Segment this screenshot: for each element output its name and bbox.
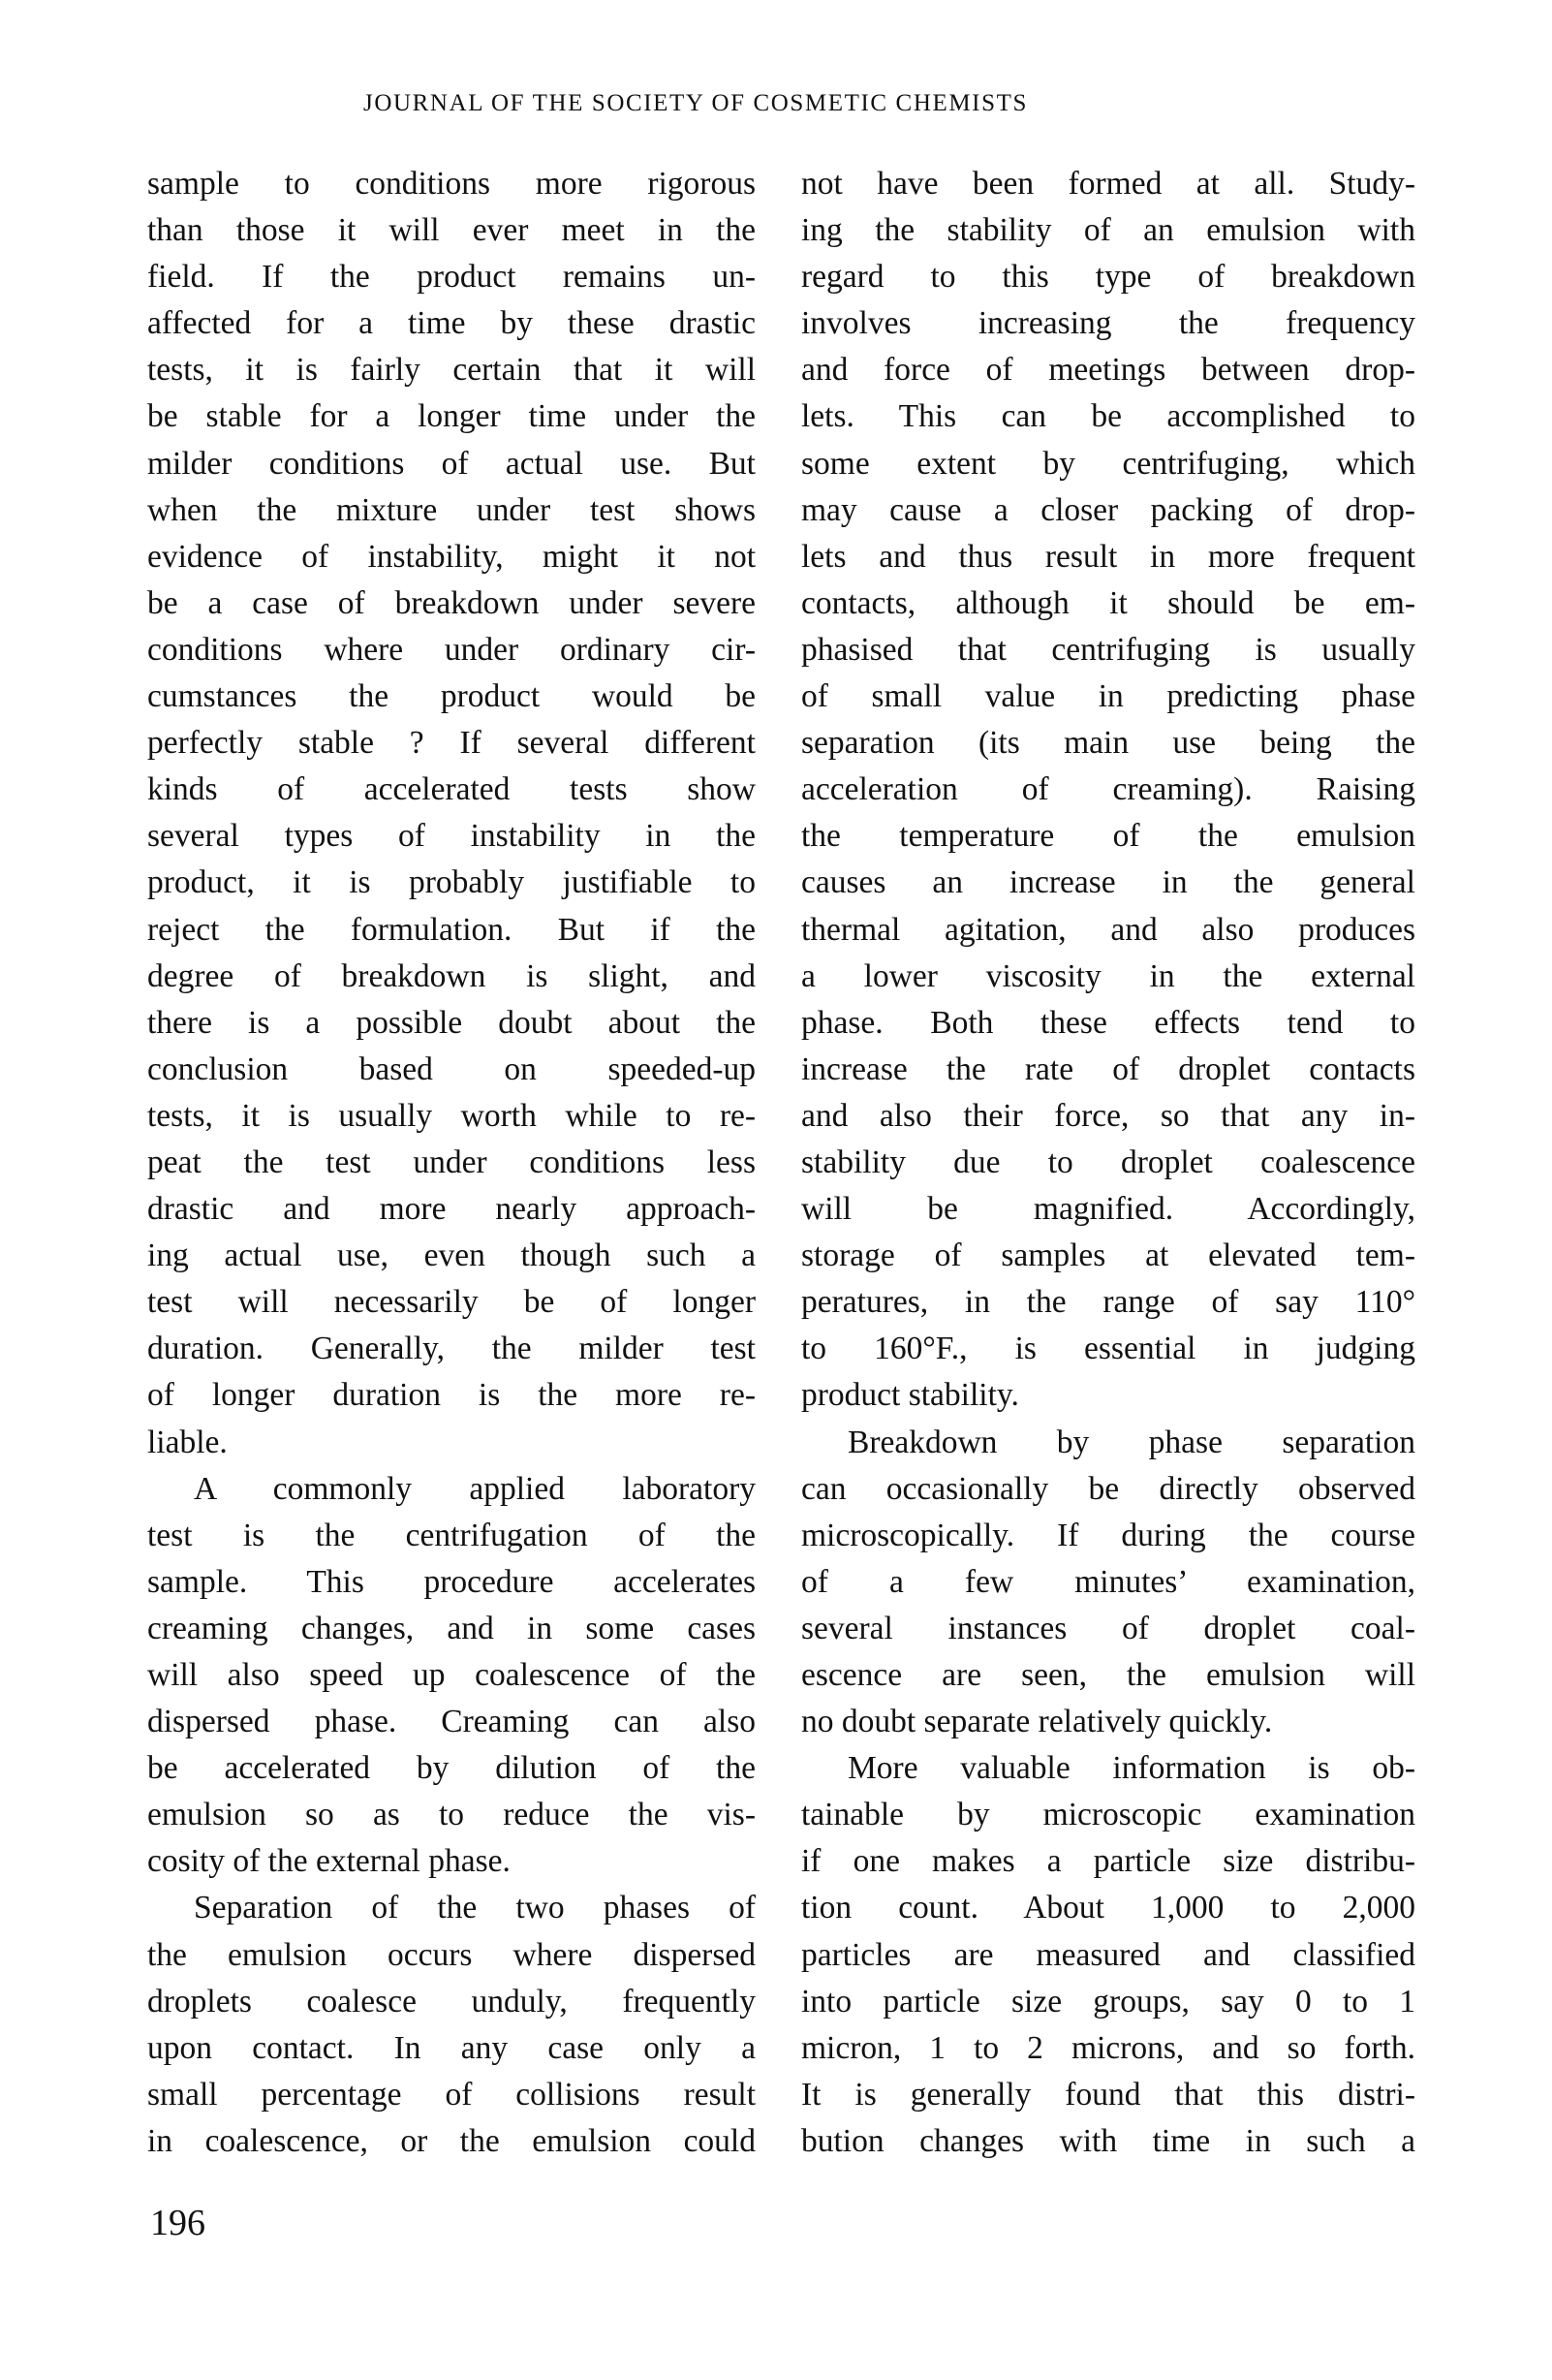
text-line: several instances of droplet coal- — [801, 1606, 1415, 1652]
text-line: small percentage of collisions result — [147, 2072, 756, 2118]
text-line: be accelerated by dilution of the — [147, 1745, 756, 1792]
text-line: stability due to droplet coalescence — [801, 1140, 1415, 1186]
text-line: cumstances the product would be — [147, 673, 756, 720]
text-line: when the mixture under test shows — [147, 487, 756, 534]
text-line: phasised that centrifuging is usually — [801, 627, 1415, 673]
text-line: tests, it is usually worth while to re- — [147, 1093, 756, 1140]
text-line: ing the stability of an emulsion with — [801, 207, 1415, 254]
text-line: not have been formed at all. Study- — [801, 161, 1415, 207]
text-line: kinds of accelerated tests show — [147, 767, 756, 813]
right-column: not have been formed at all. Study-ing t… — [801, 161, 1415, 2165]
text-line: test will necessarily be of longer — [147, 1279, 756, 1326]
text-line: contacts, although it should be em- — [801, 580, 1415, 627]
running-head: JOURNAL OF THE SOCIETY OF COSMETIC CHEMI… — [363, 90, 1196, 117]
text-line: test is the centrifugation of the — [147, 1513, 756, 1559]
text-line: peat the test under conditions less — [147, 1140, 756, 1186]
text-line: some extent by centrifuging, which — [801, 441, 1415, 487]
text-line: several types of instability in the — [147, 813, 756, 860]
text-line: may cause a closer packing of drop- — [801, 487, 1415, 534]
text-line: drastic and more nearly approach- — [147, 1186, 756, 1233]
text-line: milder conditions of actual use. But — [147, 441, 756, 487]
text-line: no doubt separate relatively quickly. — [801, 1699, 1415, 1745]
text-line: field. If the product remains un- — [147, 254, 756, 300]
text-line: increase the rate of droplet contacts — [801, 1047, 1415, 1093]
left-column: sample to conditions more rigorousthan t… — [147, 161, 756, 2165]
text-line: sample to conditions more rigorous — [147, 161, 756, 207]
text-line: duration. Generally, the milder test — [147, 1326, 756, 1372]
text-line: A commonly applied laboratory — [147, 1466, 756, 1513]
text-line: tests, it is fairly certain that it will — [147, 347, 756, 393]
text-line: storage of samples at elevated tem- — [801, 1233, 1415, 1279]
text-line: separation (its main use being the — [801, 720, 1415, 767]
text-line: Breakdown by phase separation — [801, 1420, 1415, 1466]
text-line: tainable by microscopic examination — [801, 1792, 1415, 1838]
text-line: droplets coalesce unduly, frequently — [147, 1979, 756, 2025]
text-line: involves increasing the frequency — [801, 300, 1415, 347]
text-line: be a case of breakdown under severe — [147, 580, 756, 627]
text-line: perfectly stable ? If several different — [147, 720, 756, 767]
text-line: reject the formulation. But if the — [147, 907, 756, 954]
text-line: More valuable information is ob- — [801, 1745, 1415, 1792]
text-line: affected for a time by these drastic — [147, 300, 756, 347]
text-line: bution changes with time in such a — [801, 2118, 1415, 2165]
text-line: emulsion so as to reduce the vis- — [147, 1792, 756, 1838]
text-line: thermal agitation, and also produces — [801, 907, 1415, 954]
text-line: liable. — [147, 1420, 756, 1466]
text-line: micron, 1 to 2 microns, and so forth. — [801, 2025, 1415, 2072]
text-line: acceleration of creaming). Raising — [801, 767, 1415, 813]
text-line: of small value in predicting phase — [801, 673, 1415, 720]
text-line: degree of breakdown is slight, and — [147, 954, 756, 1000]
text-line: than those it will ever meet in the — [147, 207, 756, 254]
text-line: particles are measured and classified — [801, 1932, 1415, 1979]
text-line: the emulsion occurs where dispersed — [147, 1932, 756, 1979]
text-line: sample. This procedure accelerates — [147, 1559, 756, 1606]
text-line: conditions where under ordinary cir- — [147, 627, 756, 673]
text-line: creaming changes, and in some cases — [147, 1606, 756, 1652]
text-line: peratures, in the range of say 110° — [801, 1279, 1415, 1326]
text-line: dispersed phase. Creaming can also — [147, 1699, 756, 1745]
text-line: will be magnified. Accordingly, — [801, 1186, 1415, 1233]
text-line: and also their force, so that any in- — [801, 1093, 1415, 1140]
text-line: cosity of the external phase. — [147, 1838, 756, 1885]
text-line: upon contact. In any case only a — [147, 2025, 756, 2072]
text-line: ing actual use, even though such a — [147, 1233, 756, 1279]
text-line: evidence of instability, might it not — [147, 534, 756, 580]
text-line: regard to this type of breakdown — [801, 254, 1415, 300]
text-line: conclusion based on speeded-up — [147, 1047, 756, 1093]
text-line: to 160°F., is essential in judging — [801, 1326, 1415, 1372]
text-line: the temperature of the emulsion — [801, 813, 1415, 860]
text-line: product stability. — [801, 1372, 1415, 1419]
text-line: if one makes a particle size distribu- — [801, 1838, 1415, 1885]
text-line: will also speed up coalescence of the — [147, 1652, 756, 1699]
text-line: lets and thus result in more frequent — [801, 534, 1415, 580]
text-line: tion count. About 1,000 to 2,000 — [801, 1885, 1415, 1931]
text-line: of a few minutes’ examination, — [801, 1559, 1415, 1606]
text-line: be stable for a longer time under the — [147, 393, 756, 440]
text-line: product, it is probably justifiable to — [147, 860, 756, 906]
text-line: and force of meetings between drop- — [801, 347, 1415, 393]
text-line: into particle size groups, say 0 to 1 — [801, 1979, 1415, 2025]
text-line: It is generally found that this distri- — [801, 2072, 1415, 2118]
text-line: phase. Both these effects tend to — [801, 1000, 1415, 1047]
text-line: lets. This can be accomplished to — [801, 393, 1415, 440]
text-line: causes an increase in the general — [801, 860, 1415, 906]
text-line: of longer duration is the more re- — [147, 1372, 756, 1419]
text-line: can occasionally be directly observed — [801, 1466, 1415, 1513]
text-line: a lower viscosity in the external — [801, 954, 1415, 1000]
text-line: escence are seen, the emulsion will — [801, 1652, 1415, 1699]
text-line: there is a possible doubt about the — [147, 1000, 756, 1047]
text-line: microscopically. If during the course — [801, 1513, 1415, 1559]
page-number: 196 — [150, 2202, 205, 2244]
text-line: Separation of the two phases of — [147, 1885, 756, 1931]
text-line: in coalescence, or the emulsion could — [147, 2118, 756, 2165]
